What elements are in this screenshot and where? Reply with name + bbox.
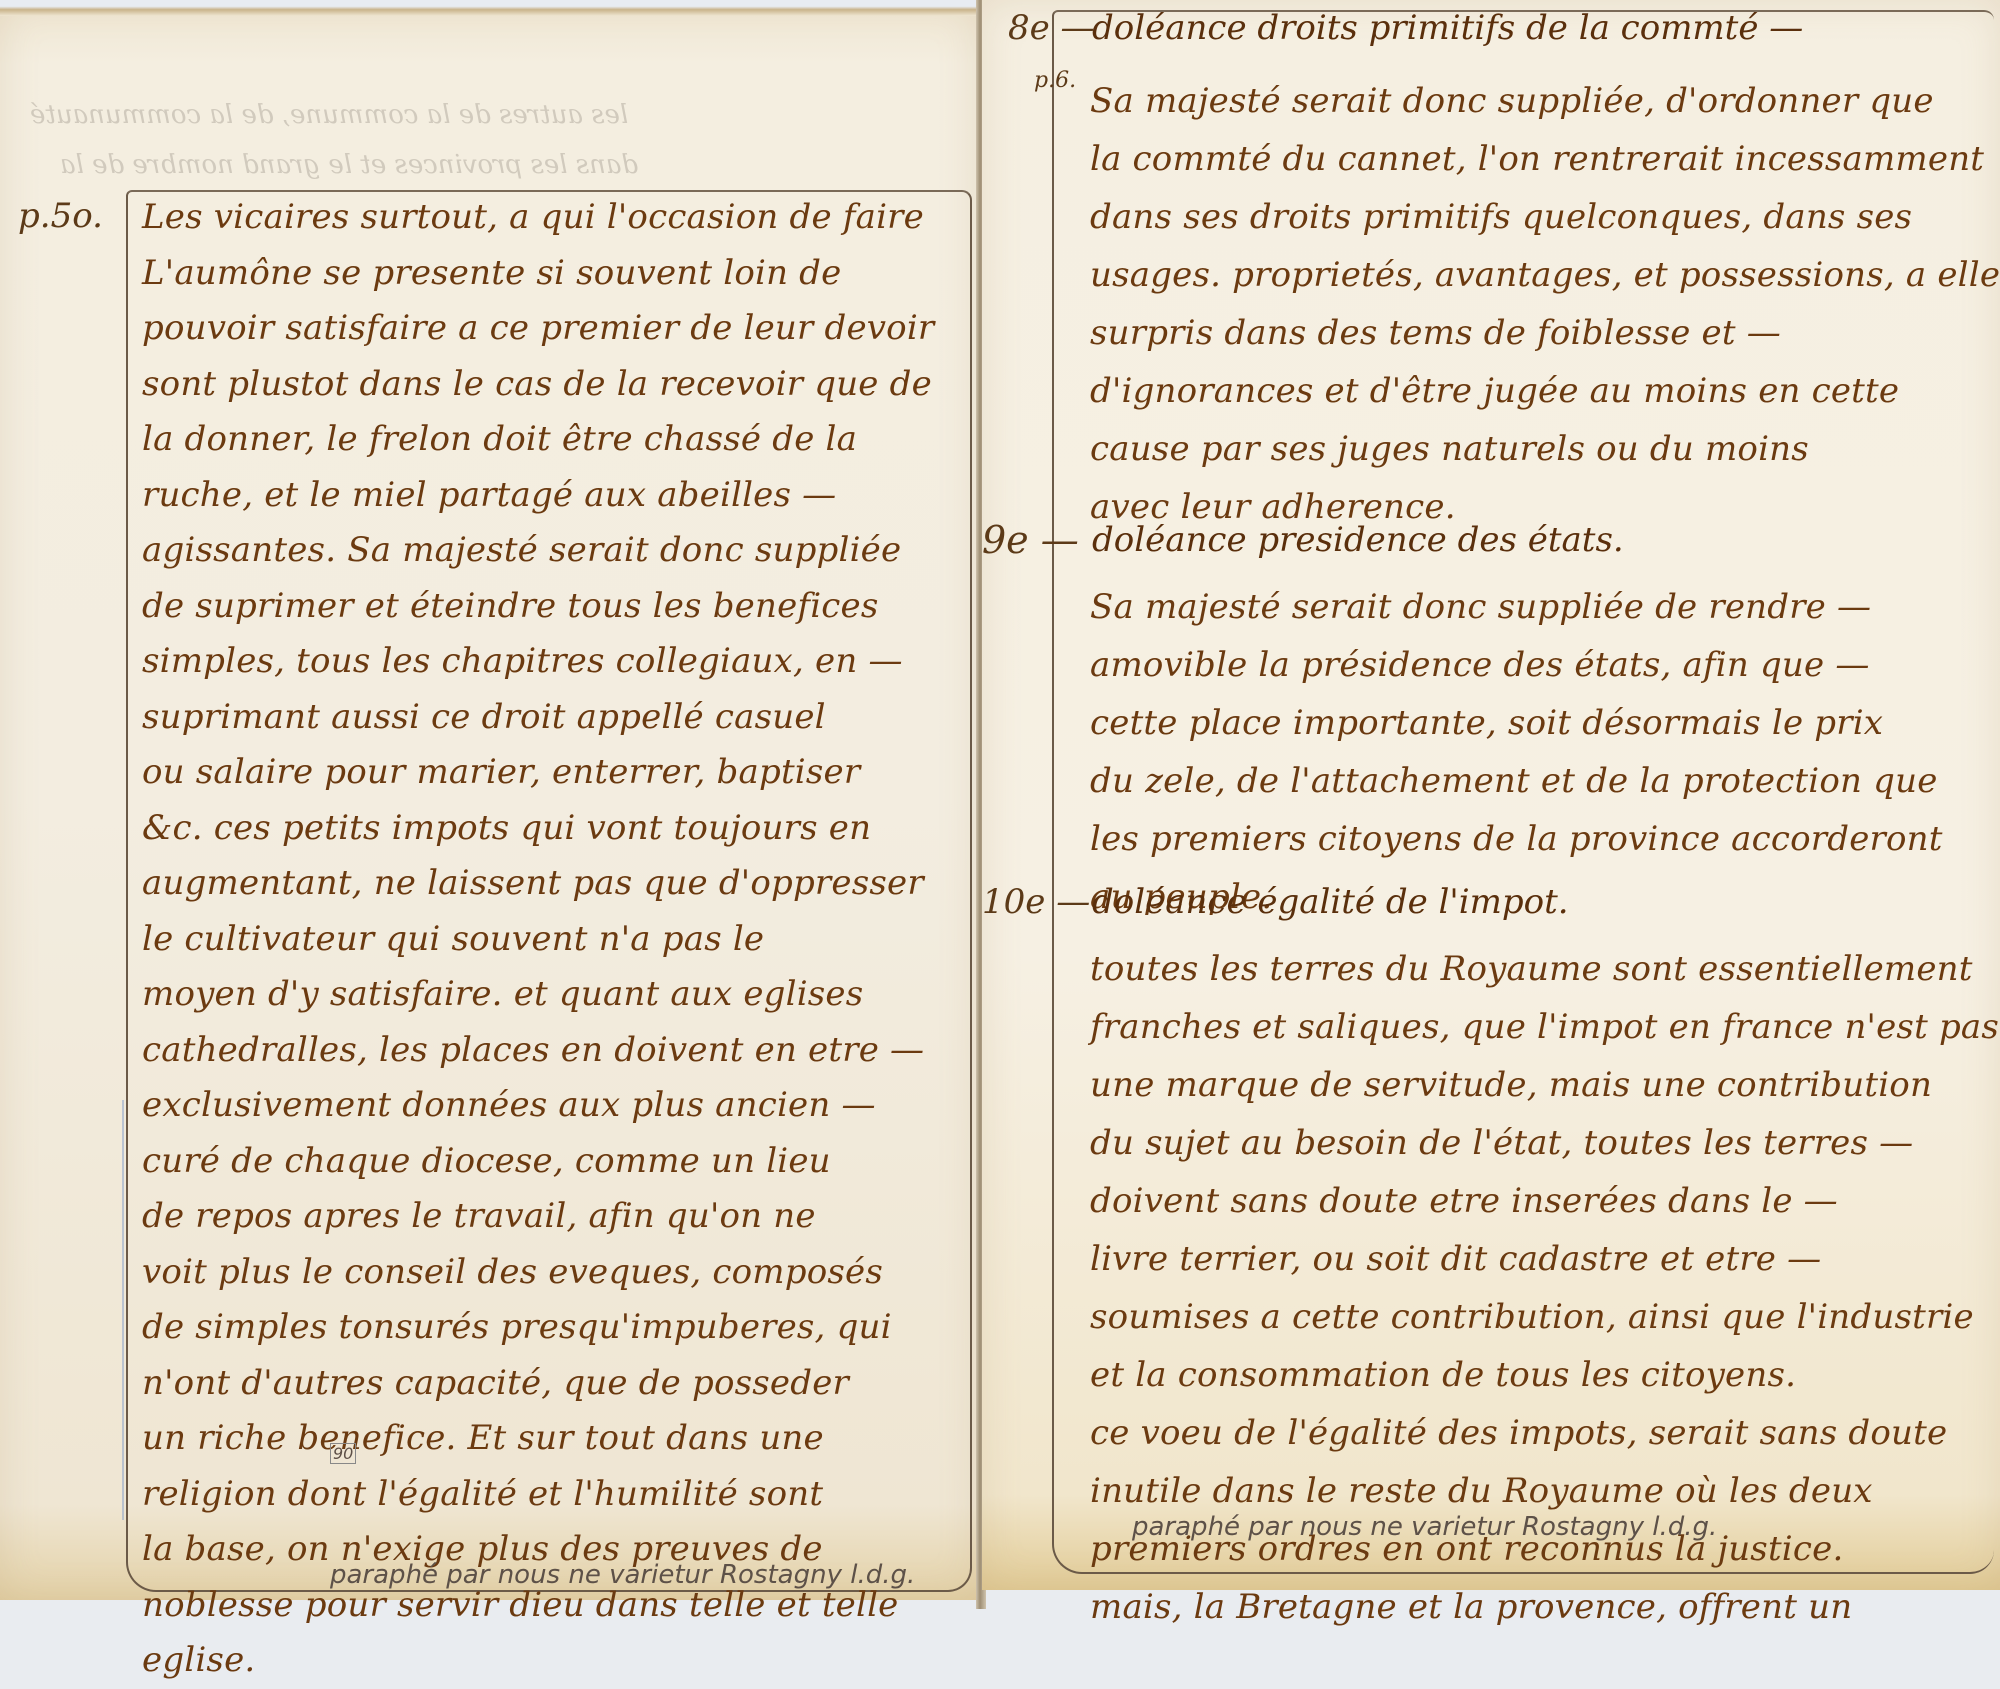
pencil-folio-number: 90 [330, 1443, 356, 1464]
section-heading: doléance égalité de l'impot. [1092, 882, 1569, 922]
text-line: suprimant aussi ce droit appellé casuel [142, 690, 934, 746]
text-line: d'ignorances et d'être jugée au moins en… [1090, 362, 2000, 420]
text-line: n'ont d'autres capacité, que de posseder [142, 1356, 934, 1412]
left-page: les autres de la commune, de la communau… [0, 0, 980, 1600]
text-line: ruche, et le miel partagé aux abeilles — [142, 468, 934, 524]
section-9-lines: Sa majesté serait donc suppliée de rendr… [1090, 578, 1943, 926]
text-line: L'aumône se presente si souvent loin de [142, 246, 934, 302]
section-number: 10e — [982, 882, 1090, 922]
text-line: cause par ses juges naturels ou du moins [1090, 420, 2000, 478]
text-line: cette place importante, soit désormais l… [1090, 694, 1943, 752]
page-top-edge [0, 0, 978, 16]
right-page: p.6. 8e — doléance droits primitifs de l… [982, 0, 2000, 1590]
text-line: Sa majesté serait donc suppliée, d'ordon… [1090, 72, 2000, 130]
text-line: dans ses droits primitifs quelconques, d… [1090, 188, 2000, 246]
text-line: cathedralles, les places en doivent en e… [142, 1023, 934, 1079]
section-10-lines: toutes les terres du Royaume sont essent… [1090, 940, 1999, 1609]
text-line: de simples tonsurés presqu'impuberes, qu… [142, 1300, 934, 1356]
text-line: Les vicaires surtout, a qui l'occasion d… [142, 190, 934, 246]
text-line: la commté du cannet, l'on rentrerait inc… [1090, 130, 2000, 188]
text-line: ce voeu de l'égalité des impots, serait … [1090, 1404, 1999, 1462]
text-line: du sujet au besoin de l'état, toutes les… [1090, 1114, 1999, 1172]
text-line: du zele, de l'attachement et de la prote… [1090, 752, 1943, 810]
text-line: de suprimer et éteindre tous les benefic… [142, 579, 934, 635]
text-line: religion dont l'égalité et l'humilité so… [142, 1467, 934, 1523]
text-line: soumises a cette contribution, ainsi que… [1090, 1288, 1999, 1346]
paraph-signature: paraphé par nous ne varietur Rostagny l.… [330, 1560, 915, 1590]
text-line: de repos apres le travail, afin qu'on ne [142, 1189, 934, 1245]
text-line: Sa majesté serait donc suppliée de rendr… [1090, 578, 1943, 636]
manuscript-spread: les autres de la commune, de la communau… [0, 0, 2000, 1609]
text-line: un riche benefice. Et sur tout dans une [142, 1411, 934, 1467]
text-line: curé de chaque diocese, comme un lieu [142, 1134, 934, 1190]
margin-page-label: p.6. [1034, 68, 1076, 93]
text-line: simples, tous les chapitres collegiaux, … [142, 634, 934, 690]
text-line: la donner, le frelon doit être chassé de… [142, 412, 934, 468]
text-line: ou salaire pour marier, enterrer, baptis… [142, 745, 934, 801]
pencil-rule [122, 1100, 124, 1520]
paraph-signature: paraphé par nous ne varietur Rostagny l.… [1132, 1512, 1717, 1542]
section-8-lines: Sa majesté serait donc suppliée, d'ordon… [1090, 72, 2000, 536]
text-line: franches et saliques, que l'impot en fra… [1090, 998, 1999, 1056]
section-number: 8e — [1008, 8, 1095, 48]
left-page-lines: Les vicaires surtout, a qui l'occasion d… [142, 190, 934, 1609]
bleed-through-text: dans les provinces et le grand nombre de… [60, 150, 638, 180]
text-line: &c. ces petits impots qui vont toujours … [142, 801, 934, 857]
section-number: 9e — [982, 518, 1079, 562]
text-line: surpris dans des tems de foiblesse et — [1090, 304, 2000, 362]
text-line: moyen d'y satisfaire. et quant aux eglis… [142, 967, 934, 1023]
text-line: mais, la Bretagne et la provence, offren… [1090, 1578, 1999, 1609]
section-heading: doléance droits primitifs de la commté — [1092, 8, 1803, 48]
text-line: doivent sans doute etre inserées dans le… [1090, 1172, 1999, 1230]
section-heading: doléance presidence des états. [1092, 520, 1624, 560]
text-line: les premiers citoyens de la province acc… [1090, 810, 1943, 868]
text-line: augmentant, ne laissent pas que d'oppres… [142, 856, 934, 912]
text-line: livre terrier, ou soit dit cadastre et e… [1090, 1230, 1999, 1288]
text-line: sont plustot dans le cas de la recevoir … [142, 357, 934, 413]
text-line: exclusivement données aux plus ancien — [142, 1078, 934, 1134]
text-line: agissantes. Sa majesté serait donc suppl… [142, 523, 934, 579]
margin-page-label: p.5o. [18, 196, 103, 236]
text-line: amovible la présidence des états, afin q… [1090, 636, 1943, 694]
bleed-through-text: les autres de la commune, de la communau… [30, 100, 628, 130]
text-line: toutes les terres du Royaume sont essent… [1090, 940, 1999, 998]
text-line: le cultivateur qui souvent n'a pas le [142, 912, 934, 968]
text-line: pouvoir satisfaire a ce premier de leur … [142, 301, 934, 357]
text-line: une marque de servitude, mais une contri… [1090, 1056, 1999, 1114]
text-line: et la consommation de tous les citoyens. [1090, 1346, 1999, 1404]
text-line: usages. proprietés, avantages, et posses… [1090, 246, 2000, 304]
text-line: voit plus le conseil des eveques, compos… [142, 1245, 934, 1301]
